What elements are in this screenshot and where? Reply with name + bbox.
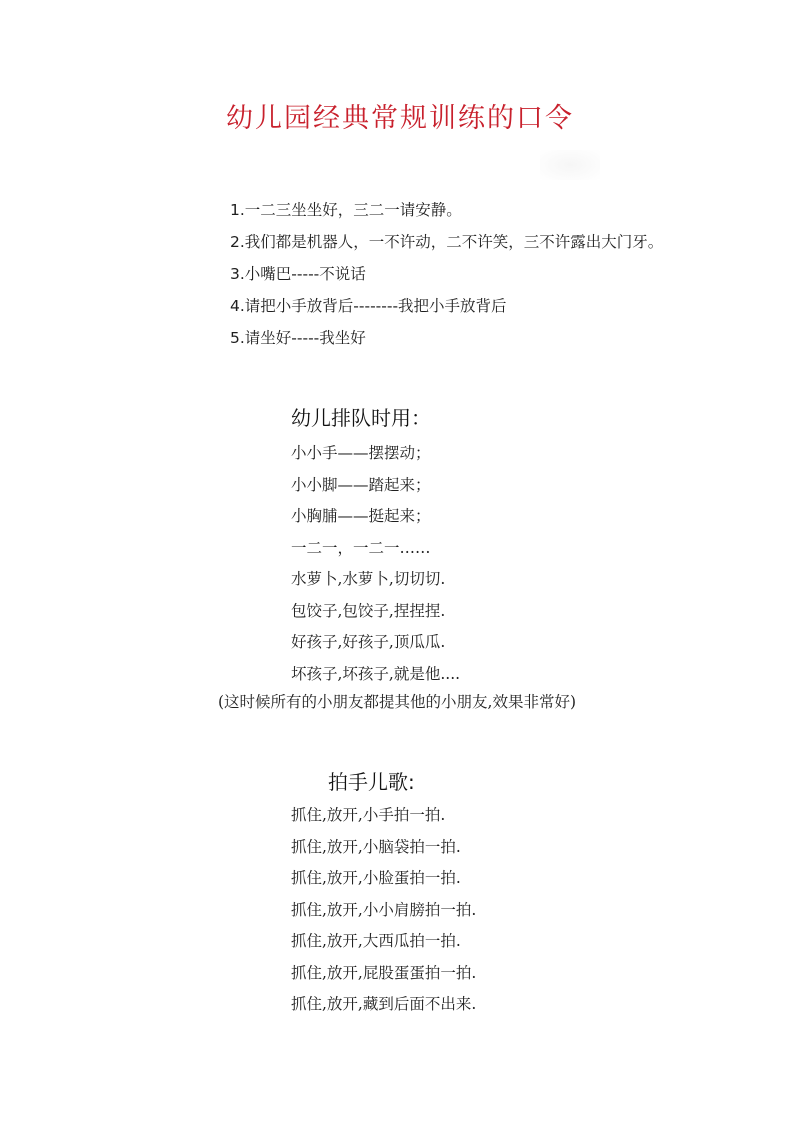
lineup-line: 包饺子,包饺子,捏捏捏. [291,599,460,631]
rule-item: 2.我们都是机器人，一不许动，二不许笑，三不许露出大门牙。 [230,230,663,262]
rule-item: 3.小嘴巴-----不说话 [230,262,663,294]
lineup-lines: 小小手——摆摆动； 小小脚——踏起来； 小胸脯——挺起来； 一二一，一二一…… … [291,441,460,693]
lineup-line: 小小脚——踏起来； [291,473,460,505]
lineup-line: 水萝卜,水萝卜,切切切. [291,567,460,599]
clapping-heading: 拍手儿歌: [328,766,415,795]
lineup-line: 小小手——摆摆动； [291,441,460,473]
clapping-line: 抓住,放开,屁股蛋蛋拍一拍. [291,961,476,993]
scan-smudge [540,150,600,180]
document-page: 幼儿园经典常规训练的口令 1.一二三坐坐好，三二一请安静。 2.我们都是机器人，… [0,0,800,1133]
clapping-line: 抓住,放开,小脑袋拍一拍. [291,835,476,867]
lineup-line: 小胸脯——挺起来； [291,504,460,536]
clapping-line: 抓住,放开,小小肩膀拍一拍. [291,898,476,930]
page-title: 幼儿园经典常规训练的口令 [0,96,800,135]
clapping-line: 抓住,放开,藏到后面不出来. [291,992,476,1024]
lineup-line: 坏孩子,坏孩子,就是他.... [291,662,460,694]
lineup-line: 好孩子,好孩子,顶瓜瓜. [291,630,460,662]
clapping-lines: 抓住,放开,小手拍一拍. 抓住,放开,小脑袋拍一拍. 抓住,放开,小脸蛋拍一拍.… [291,803,476,1024]
rule-item: 1.一二三坐坐好，三二一请安静。 [230,198,663,230]
rules-list: 1.一二三坐坐好，三二一请安静。 2.我们都是机器人，一不许动，二不许笑，三不许… [230,198,663,358]
clapping-line: 抓住,放开,小脸蛋拍一拍. [291,866,476,898]
clapping-line: 抓住,放开,大西瓜拍一拍. [291,929,476,961]
lineup-line: 一二一，一二一…… [291,536,460,568]
lineup-note: (这时候所有的小朋友都提其他的小朋友,效果非常好) [218,690,576,712]
clapping-line: 抓住,放开,小手拍一拍. [291,803,476,835]
rule-item: 4.请把小手放背后--------我把小手放背后 [230,294,663,326]
rule-item: 5.请坐好-----我坐好 [230,326,663,358]
lineup-heading: 幼儿排队时用： [291,402,431,431]
